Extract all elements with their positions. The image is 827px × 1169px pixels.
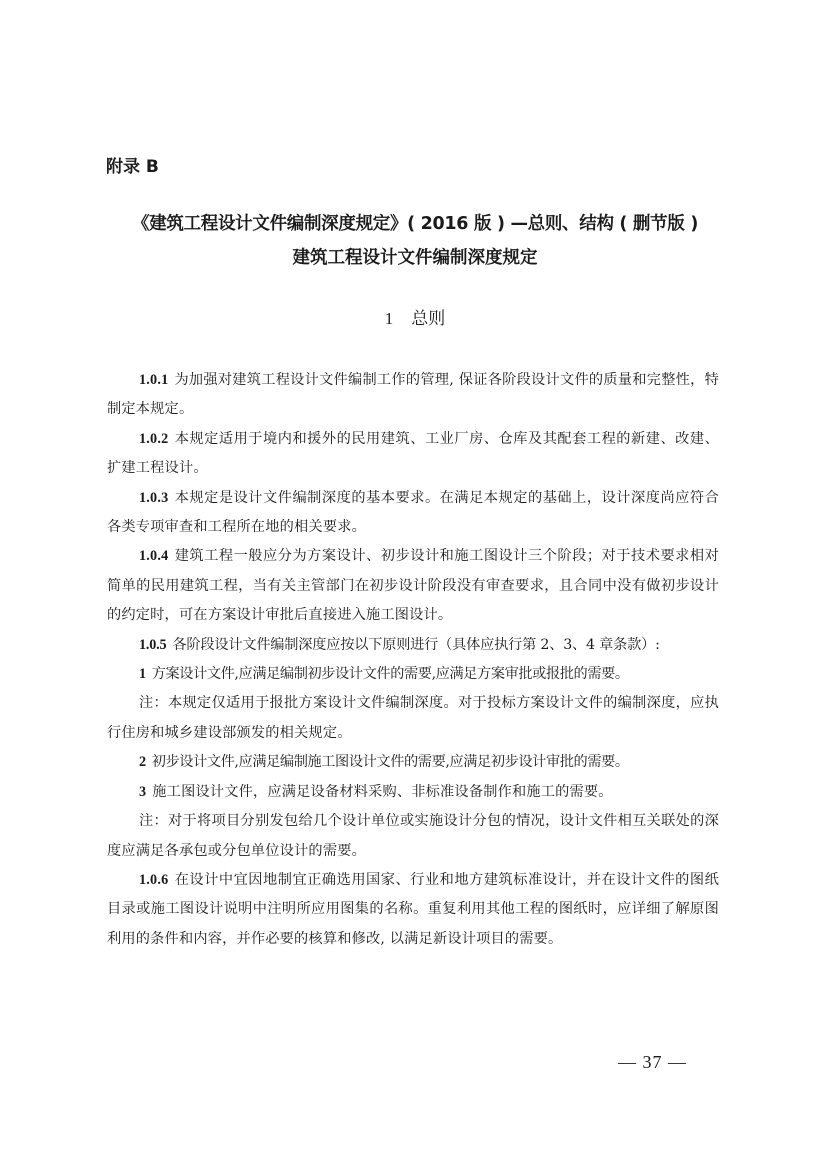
- clause-text: 建筑工程一般应分为方案设计、初步设计和施工图设计三个阶段；对于技术要求相对简单的…: [107, 548, 719, 623]
- clause-number: 1.0.4: [139, 548, 168, 564]
- item-number: 2: [139, 754, 146, 770]
- item-text: 方案设计文件,应满足编制初步设计文件的需要,应满足方案审批或报批的需要。: [152, 666, 629, 682]
- item-2: 2初步设计文件,应满足编制施工图设计文件的需要,应满足初步设计审批的需要。: [107, 748, 719, 777]
- clause-text: 为加强对建筑工程设计文件编制工作的管理, 保证各阶段设计文件的质量和完整性，特制…: [107, 372, 719, 417]
- item-3: 3施工图设计文件，应满足设备材料采购、非标准设备制作和施工的需要。: [107, 778, 719, 807]
- clause-number: 1.0.5: [139, 637, 166, 653]
- clause-text: 各阶段设计文件编制深度应按以下原则进行（具体应执行第 2、3、4 章条款）:: [172, 637, 659, 653]
- note-2: 注：对于将项目分别发包给几个设计单位或实施设计分包的情况，设计文件相互关联处的深…: [107, 807, 719, 866]
- clause-text: 本规定适用于境内和援外的民用建筑、工业厂房、仓库及其配套工程的新建、改建、扩建工…: [107, 431, 719, 476]
- item-1: 1方案设计文件,应满足编制初步设计文件的需要,应满足方案审批或报批的需要。: [107, 660, 719, 689]
- page-number: — 37 —: [618, 1052, 687, 1073]
- clause-text: 在设计中宜因地制宜正确选用国家、行业和地方建筑标准设计，并在设计文件的图纸目录或…: [107, 872, 719, 947]
- clause-number: 1.0.3: [139, 490, 168, 506]
- item-text: 施工图设计文件，应满足设备材料采购、非标准设备制作和施工的需要。: [152, 784, 612, 800]
- note-text: 注：本规定仅适用于报批方案设计文件编制深度。对于投标方案设计文件的编制深度，应执…: [107, 695, 719, 740]
- item-number: 1: [139, 666, 146, 682]
- clause-number: 1.0.6: [139, 872, 168, 888]
- clause-1-0-3: 1.0.3本规定是设计文件编制深度的基本要求。在满足本规定的基础上，设计深度尚应…: [107, 484, 719, 543]
- note-1: 注：本规定仅适用于报批方案设计文件编制深度。对于投标方案设计文件的编制深度，应执…: [107, 689, 719, 748]
- clause-1-0-1: 1.0.1为加强对建筑工程设计文件编制工作的管理, 保证各阶段设计文件的质量和完…: [107, 366, 719, 425]
- chapter-label: 总则: [411, 309, 445, 329]
- chapter-heading: 1总则: [100, 304, 730, 329]
- note-text: 注：对于将项目分别发包给几个设计单位或实施设计分包的情况，设计文件相互关联处的深…: [107, 813, 719, 858]
- clause-number: 1.0.1: [139, 372, 168, 388]
- chapter-number: 1: [385, 309, 394, 328]
- item-text: 初步设计文件,应满足编制施工图设计文件的需要,应满足初步设计审批的需要。: [152, 754, 629, 770]
- document-title: 《建筑工程设计文件编制深度规定》( 2016 版 ) —总则、结构 ( 删节版 …: [100, 210, 730, 235]
- item-number: 3: [139, 784, 146, 800]
- clause-1-0-5: 1.0.5各阶段设计文件编制深度应按以下原则进行（具体应执行第 2、3、4 章条…: [107, 631, 719, 660]
- body-text: 1.0.1为加强对建筑工程设计文件编制工作的管理, 保证各阶段设计文件的质量和完…: [107, 366, 719, 954]
- clause-1-0-4: 1.0.4建筑工程一般应分为方案设计、初步设计和施工图设计三个阶段；对于技术要求…: [107, 542, 719, 630]
- clause-number: 1.0.2: [139, 431, 168, 447]
- clause-text: 本规定是设计文件编制深度的基本要求。在满足本规定的基础上，设计深度尚应符合各类专…: [107, 490, 719, 535]
- clause-1-0-6: 1.0.6在设计中宜因地制宜正确选用国家、行业和地方建筑标准设计，并在设计文件的…: [107, 866, 719, 954]
- clause-1-0-2: 1.0.2本规定适用于境内和援外的民用建筑、工业厂房、仓库及其配套工程的新建、改…: [107, 425, 719, 484]
- appendix-label: 附录 B: [106, 152, 159, 177]
- document-subtitle: 建筑工程设计文件编制深度规定: [100, 244, 730, 269]
